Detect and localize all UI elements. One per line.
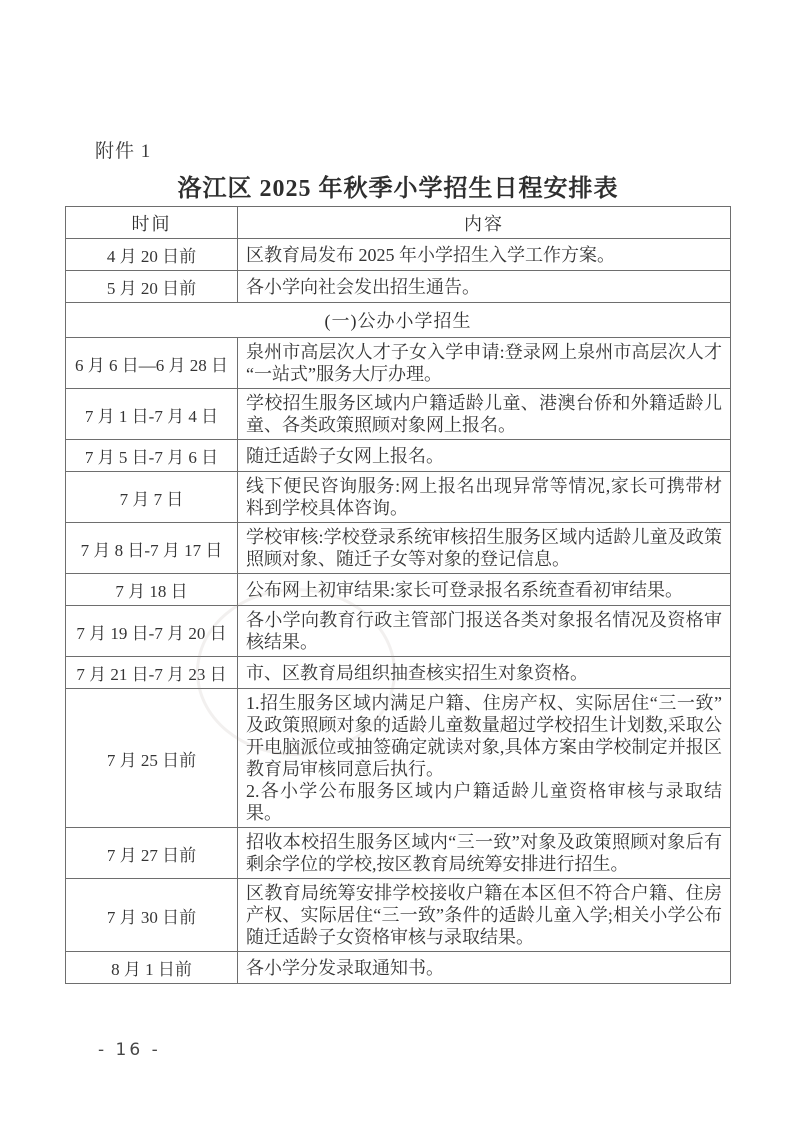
section-row: (一)公办小学招生 [66, 303, 731, 338]
content-cell: 市、区教育局组织抽查核实招生对象资格。 [238, 657, 731, 689]
table-header: 时间 内容 [66, 207, 731, 239]
time-cell: 4 月 20 日前 [66, 239, 238, 271]
content-cell: 招收本校招生服务区域内“三一致”对象及政策照顾对象后有剩余学位的学校,按区教育局… [238, 828, 731, 879]
content-cell: 各小学向教育行政主管部门报送各类对象报名情况及资格审核结果。 [238, 606, 731, 657]
schedule-table: 时间 内容 4 月 20 日前区教育局发布 2025 年小学招生入学工作方案。5… [65, 206, 731, 984]
content-cell: 各小学向社会发出招生通告。 [238, 271, 731, 303]
table-row: 7 月 21 日-7 月 23 日市、区教育局组织抽查核实招生对象资格。 [66, 657, 731, 689]
content-cell: 学校招生服务区域内户籍适龄儿童、港澳台侨和外籍适龄儿童、各类政策照顾对象网上报名… [238, 389, 731, 440]
time-cell: 5 月 20 日前 [66, 271, 238, 303]
time-cell: 7 月 1 日-7 月 4 日 [66, 389, 238, 440]
content-cell: 随迁适龄子女网上报名。 [238, 440, 731, 472]
content-cell: 公布网上初审结果:家长可登录报名系统查看初审结果。 [238, 574, 731, 606]
time-cell: 7 月 7 日 [66, 472, 238, 523]
table-row: 7 月 5 日-7 月 6 日随迁适龄子女网上报名。 [66, 440, 731, 472]
content-cell: 学校审核:学校登录系统审核招生服务区域内适龄儿童及政策照顾对象、随迁子女等对象的… [238, 523, 731, 574]
header-row: 时间 内容 [66, 207, 731, 239]
time-cell: 7 月 8 日-7 月 17 日 [66, 523, 238, 574]
content-cell: 各小学分发录取通知书。 [238, 952, 731, 984]
content-cell: 线下便民咨询服务:网上报名出现异常等情况,家长可携带材料到学校具体咨询。 [238, 472, 731, 523]
time-cell: 7 月 18 日 [66, 574, 238, 606]
page-number: - 16 - [98, 1040, 161, 1060]
time-cell: 7 月 19 日-7 月 20 日 [66, 606, 238, 657]
column-header-time: 时间 [66, 207, 238, 239]
section-label: (一)公办小学招生 [66, 303, 731, 338]
time-cell: 7 月 21 日-7 月 23 日 [66, 657, 238, 689]
table-row: 7 月 27 日前招收本校招生服务区域内“三一致”对象及政策照顾对象后有剩余学位… [66, 828, 731, 879]
table-row: 4 月 20 日前区教育局发布 2025 年小学招生入学工作方案。 [66, 239, 731, 271]
table-row: 7 月 25 日前1.招生服务区域内满足户籍、住房产权、实际居住“三一致”及政策… [66, 689, 731, 828]
time-cell: 8 月 1 日前 [66, 952, 238, 984]
content-cell: 1.招生服务区域内满足户籍、住房产权、实际居住“三一致”及政策照顾对象的适龄儿童… [238, 689, 731, 828]
time-cell: 6 月 6 日—6 月 28 日 [66, 338, 238, 389]
table-row: 7 月 30 日前区教育局统筹安排学校接收户籍在本区但不符合户籍、住房产权、实际… [66, 879, 731, 952]
table-row: 7 月 8 日-7 月 17 日学校审核:学校登录系统审核招生服务区域内适龄儿童… [66, 523, 731, 574]
content-cell: 泉州市高层次人才子女入学申请:登录网上泉州市高层次人才“一站式”服务大厅办理。 [238, 338, 731, 389]
time-cell: 7 月 30 日前 [66, 879, 238, 952]
table-row: 5 月 20 日前各小学向社会发出招生通告。 [66, 271, 731, 303]
content-cell: 区教育局发布 2025 年小学招生入学工作方案。 [238, 239, 731, 271]
column-header-content: 内容 [238, 207, 731, 239]
table-row: 7 月 18 日公布网上初审结果:家长可登录报名系统查看初审结果。 [66, 574, 731, 606]
table-row: 7 月 19 日-7 月 20 日各小学向教育行政主管部门报送各类对象报名情况及… [66, 606, 731, 657]
table-row: 7 月 1 日-7 月 4 日学校招生服务区域内户籍适龄儿童、港澳台侨和外籍适龄… [66, 389, 731, 440]
time-cell: 7 月 25 日前 [66, 689, 238, 828]
document-page: 附件 1 洛江区 2025 年秋季小学招生日程安排表 时间 内容 4 月 20 … [0, 0, 800, 1131]
table-body: 4 月 20 日前区教育局发布 2025 年小学招生入学工作方案。5 月 20 … [66, 239, 731, 984]
time-cell: 7 月 27 日前 [66, 828, 238, 879]
attachment-label: 附件 1 [95, 136, 151, 163]
time-cell: 7 月 5 日-7 月 6 日 [66, 440, 238, 472]
page-title: 洛江区 2025 年秋季小学招生日程安排表 [65, 168, 731, 203]
table-row: 8 月 1 日前各小学分发录取通知书。 [66, 952, 731, 984]
table-row: 6 月 6 日—6 月 28 日泉州市高层次人才子女入学申请:登录网上泉州市高层… [66, 338, 731, 389]
content-cell: 区教育局统筹安排学校接收户籍在本区但不符合户籍、住房产权、实际居住“三一致”条件… [238, 879, 731, 952]
table-row: 7 月 7 日线下便民咨询服务:网上报名出现异常等情况,家长可携带材料到学校具体… [66, 472, 731, 523]
